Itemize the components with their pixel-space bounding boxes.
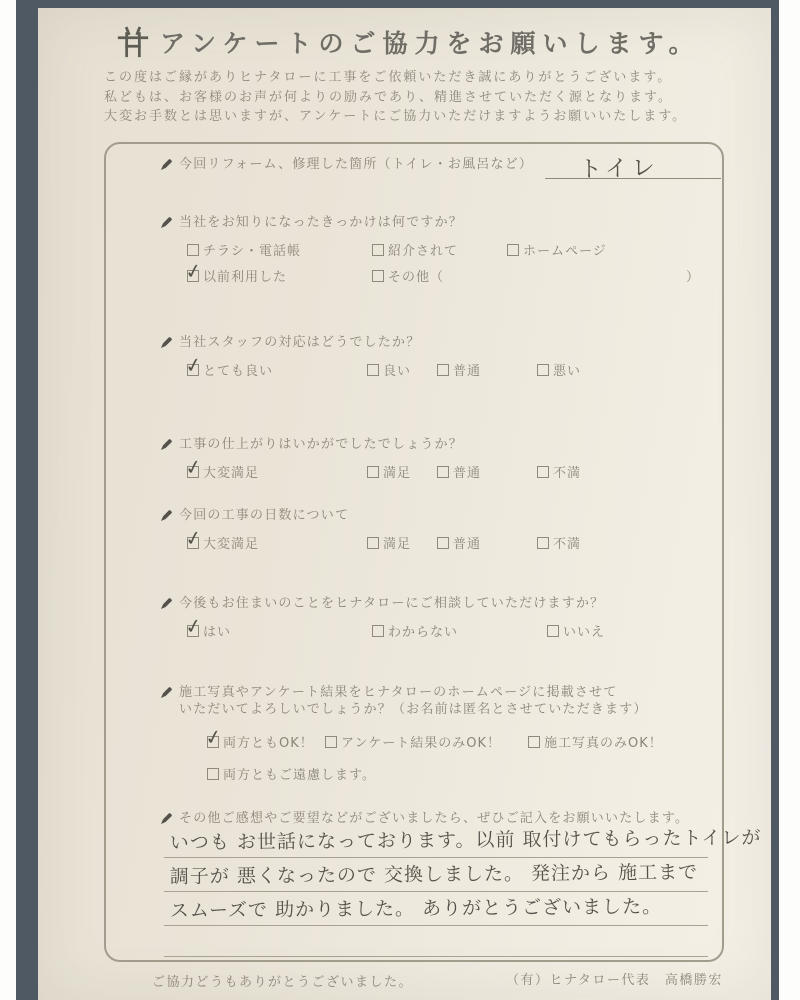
handwritten-comment-line-3: スムーズで 助かりました。 ありがとうございました。 bbox=[164, 892, 666, 925]
intro-line-3: 大変お手数とは思いますが、アンケートにご協力いただけますようお願いいたします。 bbox=[104, 107, 687, 127]
option-label: アンケート結果のみOK！ bbox=[341, 732, 501, 751]
option-label: はい bbox=[203, 621, 231, 640]
option-decline-both: 両方ともご遠慮します。 bbox=[207, 764, 392, 783]
option-very-satisfied: 大変満足 bbox=[187, 462, 367, 481]
other-close-paren: ） bbox=[686, 266, 700, 285]
question-7-label-line-2: いただいてよろしいでしょうか？（お名前は匿名とさせていただきます） bbox=[179, 701, 648, 718]
option-label: 満足 bbox=[383, 462, 411, 481]
option-label: 悪い bbox=[553, 360, 581, 379]
question-2-label: 当社をお知りになったきっかけは何ですか？ bbox=[179, 214, 463, 231]
checkbox-icon bbox=[372, 244, 384, 256]
checkbox-icon bbox=[187, 466, 199, 478]
option-label: 不満 bbox=[553, 462, 581, 481]
option-no: いいえ bbox=[547, 621, 704, 640]
pen-icon bbox=[160, 438, 173, 451]
footer-thanks: ご協力どうもありがとうございました。 bbox=[152, 971, 413, 990]
option-label: 両方ともご遠慮します。 bbox=[223, 764, 376, 783]
option-label: わからない bbox=[388, 621, 458, 640]
question-2-options-row-2: 以前利用した その他（ ） bbox=[187, 266, 704, 285]
answer-line: トイレ bbox=[545, 156, 721, 179]
option-label: 普通 bbox=[453, 462, 481, 481]
pen-icon bbox=[160, 336, 173, 349]
checkbox-icon bbox=[537, 537, 549, 549]
checkbox-icon bbox=[528, 736, 540, 748]
option-satisfied: 満足 bbox=[367, 462, 437, 481]
checkbox-icon bbox=[437, 537, 449, 549]
ruled-line: いつも お世話になっております。以前 取付けてもらったトイレが bbox=[164, 824, 708, 858]
option-label: 施工写真のみOK！ bbox=[544, 732, 663, 751]
question-6-options: はい わからない いいえ bbox=[187, 621, 704, 640]
option-used-before: 以前利用した bbox=[187, 266, 372, 285]
option-satisfied: 満足 bbox=[367, 533, 437, 552]
option-label: 普通 bbox=[453, 533, 481, 552]
option-yes: はい bbox=[187, 621, 372, 640]
intro-paragraph: この度はご縁がありヒナタローに工事をご依頼いただき誠にありがとうございます。 私… bbox=[104, 68, 687, 127]
option-label: 良い bbox=[383, 360, 411, 379]
checkbox-icon bbox=[187, 244, 199, 256]
intro-line-2: 私どもは、お客様のお声が何よりの励みであり、精進させていただく源となります。 bbox=[104, 88, 687, 108]
question-2-options-row-1: チラシ・電話帳 紹介されて ホームページ bbox=[187, 240, 704, 259]
checkbox-icon bbox=[547, 625, 559, 637]
option-referral: 紹介されて bbox=[372, 240, 507, 259]
company-logo-icon bbox=[116, 24, 150, 60]
option-survey-only-ok: アンケート結果のみOK！ bbox=[325, 732, 528, 751]
option-both-ok: 両方ともOK！ bbox=[207, 732, 325, 751]
option-dissatisfied: 不満 bbox=[537, 533, 704, 552]
option-label: 紹介されて bbox=[388, 240, 458, 259]
option-label: ホームページ bbox=[523, 240, 607, 259]
question-7-label-line-1: 施工写真やアンケート結果をヒナタローのホームページに掲載させて bbox=[179, 684, 648, 701]
pen-icon bbox=[160, 158, 173, 171]
question-7-options-row-2: 両方ともご遠慮します。 bbox=[207, 764, 704, 783]
option-label: 普通 bbox=[453, 360, 481, 379]
option-normal: 普通 bbox=[437, 462, 537, 481]
option-photos-only-ok: 施工写真のみOK！ bbox=[528, 732, 704, 751]
option-bad: 悪い bbox=[537, 360, 704, 379]
option-label: 大変満足 bbox=[203, 533, 259, 552]
question-4-label: 工事の仕上がりはいかがでしたでしょうか？ bbox=[179, 436, 463, 453]
comment-area: いつも お世話になっております。以前 取付けてもらったトイレが 調子が 悪くなっ… bbox=[164, 824, 708, 957]
question-1: 今回リフォーム、修理した箇所（トイレ・お風呂など） トイレ bbox=[160, 156, 721, 179]
question-3-options: とても良い 良い 普通 悪い bbox=[187, 360, 704, 379]
checkbox-icon bbox=[367, 466, 379, 478]
question-3: 当社スタッフの対応はどうでしたか？ bbox=[160, 334, 420, 351]
ruled-line: スムーズで 助かりました。 ありがとうございました。 bbox=[164, 892, 708, 926]
checkbox-icon bbox=[537, 364, 549, 376]
checkbox-icon bbox=[437, 364, 449, 376]
option-normal: 普通 bbox=[437, 533, 537, 552]
ruled-line: 調子が 悪くなったので 交換しました。 発注から 施工まで bbox=[164, 858, 708, 892]
survey-paper: アンケートのご協力をお願いします。 この度はご縁がありヒナタローに工事をご依頼い… bbox=[38, 8, 771, 1000]
handwritten-comment-line-1: いつも お世話になっております。以前 取付けてもらったトイレが bbox=[164, 823, 766, 857]
checkbox-icon bbox=[187, 364, 199, 376]
option-dissatisfied: 不満 bbox=[537, 462, 704, 481]
option-label: 両方ともOK！ bbox=[223, 732, 314, 751]
checkbox-icon bbox=[437, 466, 449, 478]
option-other: その他（ bbox=[372, 266, 704, 285]
option-good: 良い bbox=[367, 360, 437, 379]
option-label: 満足 bbox=[383, 533, 411, 552]
option-label: 以前利用した bbox=[203, 266, 287, 285]
page-title: アンケートのご協力をお願いします。 bbox=[160, 24, 701, 60]
option-label: とても良い bbox=[203, 360, 273, 379]
option-very-satisfied: 大変満足 bbox=[187, 533, 367, 552]
checkbox-icon bbox=[372, 625, 384, 637]
question-5-options: 大変満足 満足 普通 不満 bbox=[187, 533, 704, 552]
checkbox-icon bbox=[187, 537, 199, 549]
pen-icon bbox=[160, 686, 173, 699]
checkbox-icon bbox=[372, 270, 384, 282]
handwritten-answer: トイレ bbox=[579, 160, 659, 179]
checkbox-icon bbox=[207, 736, 219, 748]
question-6: 今後もお住まいのことをヒナタローにご相談していただけますか？ bbox=[160, 595, 604, 612]
checkbox-icon bbox=[507, 244, 519, 256]
footer-company-signature: （有）ヒナタロー代表 高橋勝宏 bbox=[506, 969, 723, 988]
pen-icon bbox=[160, 216, 173, 229]
question-5: 今回の工事の日数について bbox=[160, 507, 349, 524]
question-3-label: 当社スタッフの対応はどうでしたか？ bbox=[179, 334, 420, 351]
ruled-line bbox=[164, 926, 708, 957]
checkbox-icon bbox=[207, 768, 219, 780]
question-6-label: 今後もお住まいのことをヒナタローにご相談していただけますか？ bbox=[179, 595, 604, 612]
checkbox-icon bbox=[537, 466, 549, 478]
checkbox-icon bbox=[367, 537, 379, 549]
option-flyer-phonebook: チラシ・電話帳 bbox=[187, 240, 372, 259]
question-7: 施工写真やアンケート結果をヒナタローのホームページに掲載させて いただいてよろし… bbox=[160, 684, 648, 718]
option-label: 不満 bbox=[553, 533, 581, 552]
option-not-sure: わからない bbox=[372, 621, 547, 640]
question-1-label: 今回リフォーム、修理した箇所（トイレ・お風呂など） bbox=[179, 156, 533, 173]
checkbox-icon bbox=[367, 364, 379, 376]
option-normal: 普通 bbox=[437, 360, 537, 379]
handwritten-comment-line-2: 調子が 悪くなったので 交換しました。 発注から 施工まで bbox=[164, 857, 702, 891]
question-2: 当社をお知りになったきっかけは何ですか？ bbox=[160, 214, 463, 231]
option-label: 大変満足 bbox=[203, 462, 259, 481]
intro-line-1: この度はご縁がありヒナタローに工事をご依頼いただき誠にありがとうございます。 bbox=[104, 68, 687, 88]
question-7-label: 施工写真やアンケート結果をヒナタローのホームページに掲載させて いただいてよろし… bbox=[179, 684, 648, 718]
option-label: いいえ bbox=[563, 621, 605, 640]
question-4: 工事の仕上がりはいかがでしたでしょうか？ bbox=[160, 436, 463, 453]
option-label: その他（ bbox=[388, 266, 444, 285]
pen-icon bbox=[160, 597, 173, 610]
checkbox-icon bbox=[187, 625, 199, 637]
questionnaire-box: 今回リフォーム、修理した箇所（トイレ・お風呂など） トイレ 当社をお知りになった… bbox=[104, 142, 724, 962]
question-4-options: 大変満足 満足 普通 不満 bbox=[187, 462, 704, 481]
checkbox-icon bbox=[187, 270, 199, 282]
option-homepage: ホームページ bbox=[507, 240, 704, 259]
checkbox-icon bbox=[325, 736, 337, 748]
option-label: チラシ・電話帳 bbox=[203, 240, 301, 259]
option-very-good: とても良い bbox=[187, 360, 367, 379]
question-5-label: 今回の工事の日数について bbox=[179, 507, 349, 524]
pen-icon bbox=[160, 509, 173, 522]
question-7-options-row-1: 両方ともOK！ アンケート結果のみOK！ 施工写真のみOK！ bbox=[207, 732, 704, 751]
